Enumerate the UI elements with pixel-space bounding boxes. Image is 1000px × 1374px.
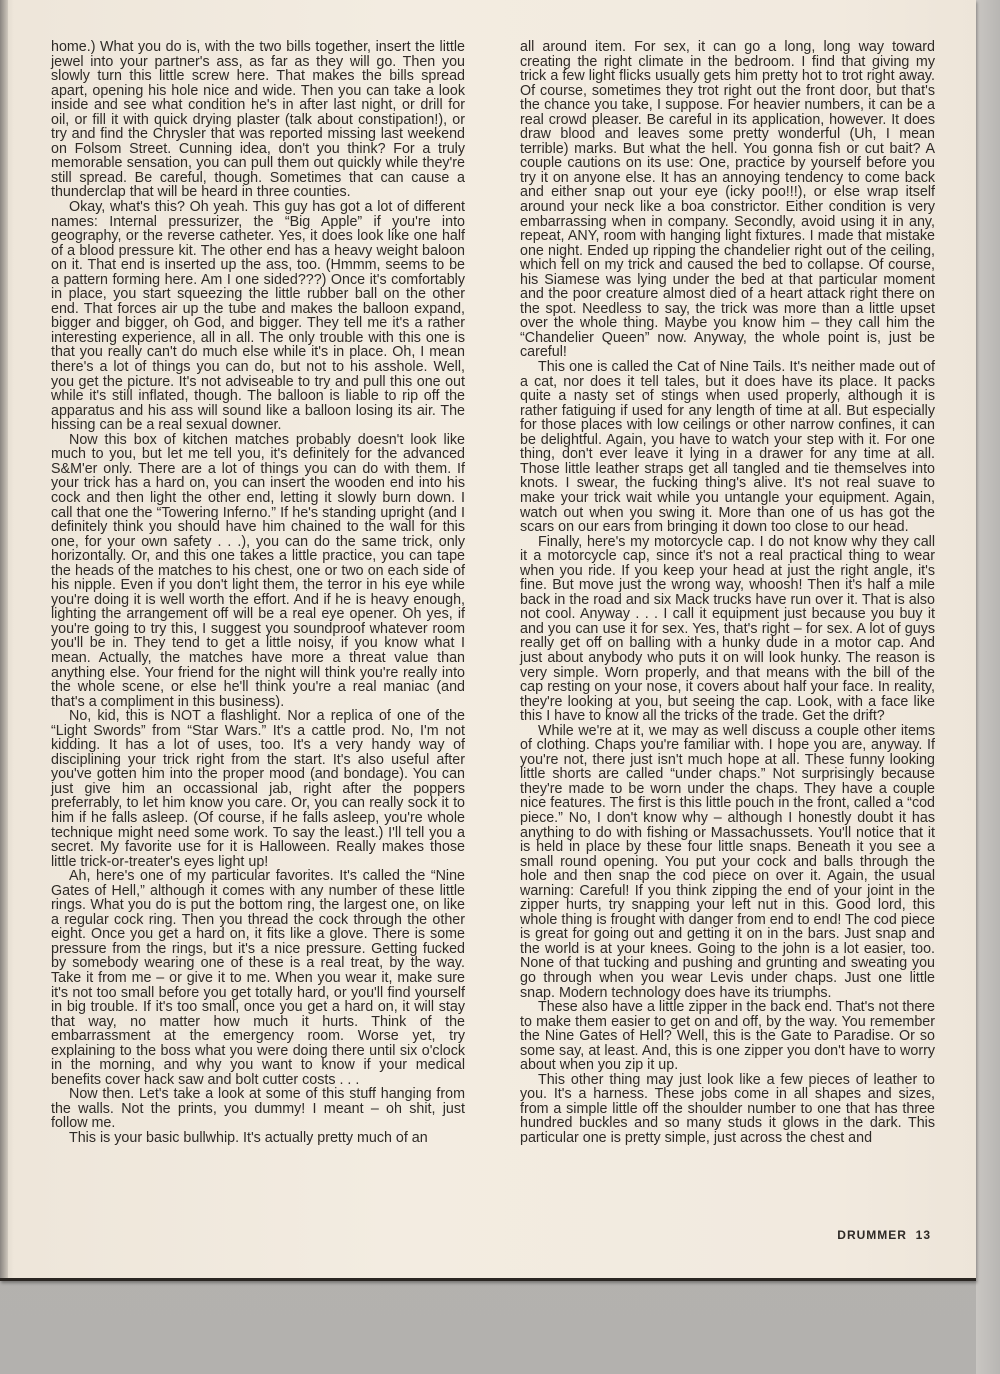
paragraph: While we're at it, we may as well discus… [520,724,935,1000]
page-spine-shadow [0,0,8,1278]
scanner-background [976,0,1000,1374]
paragraph: Now this box of kitchen matches probably… [51,433,465,709]
paragraph: No, kid, this is NOT a flashlight. Nor a… [51,709,465,869]
paragraph: This one is called the Cat of Nine Tails… [520,360,935,535]
paragraph: This other thing may just look like a fe… [520,1073,935,1146]
paragraph: This is your basic bullwhip. It's actual… [51,1131,465,1146]
page-number: 13 [916,1228,931,1242]
paragraph: Now then. Let's take a look at some of t… [51,1087,465,1131]
paragraph: Ah, here's one of my particular favorite… [51,869,465,1087]
right-text-column: all around item. For sex, it can go a lo… [520,40,935,1146]
paragraph: all around item. For sex, it can go a lo… [520,40,935,360]
left-text-column: home.) What you do is, with the two bill… [51,40,465,1146]
paragraph: Okay, what's this? Oh yeah. This guy has… [51,200,465,433]
paragraph: Finally, here's my motorcycle cap. I do … [520,535,935,724]
page-folio: DRUMMER 13 [800,1228,931,1242]
paragraph: These also have a little zipper in the b… [520,1000,935,1073]
magazine-name: DRUMMER [837,1228,907,1242]
paragraph: home.) What you do is, with the two bill… [51,40,465,200]
magazine-page: home.) What you do is, with the two bill… [0,0,976,1281]
